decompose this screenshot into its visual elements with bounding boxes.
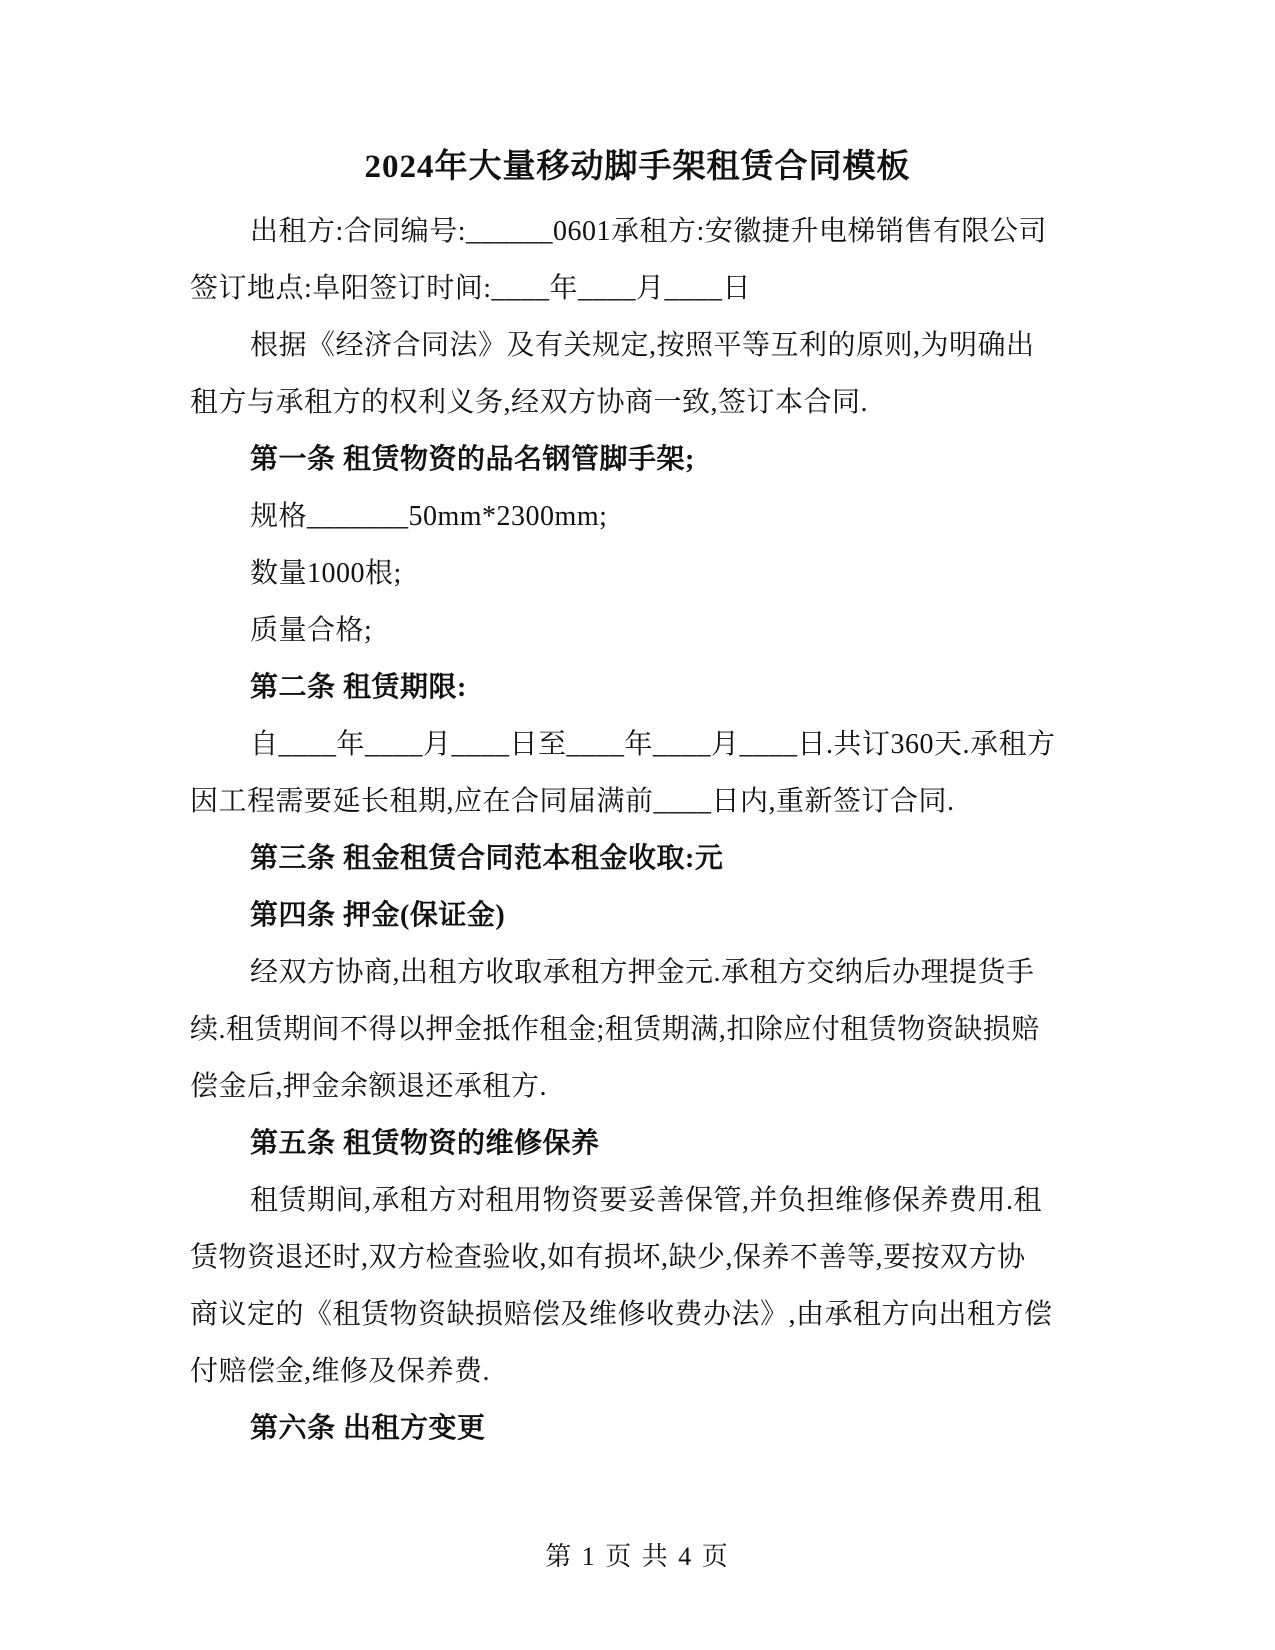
sign-place-date-line: 签订地点:阜阳签订时间:____年____月____日: [190, 260, 1095, 317]
maintenance-line-4: 付赔偿金,维修及保养费.: [190, 1343, 1095, 1400]
maintenance-line-3: 商议定的《租赁物资缺损赔偿及维修收费办法》,由承租方向出租方偿: [190, 1286, 1095, 1343]
deposit-line-1: 经双方协商,出租方收取承租方押金元.承租方交纳后办理提货手: [190, 944, 1095, 1001]
party-and-contract-no-line: 出租方:合同编号:______0601承租方:安徽捷升电梯销售有限公司: [190, 203, 1095, 260]
preamble-line-2: 租方与承租方的权利义务,经双方协商一致,签订本合同.: [190, 374, 1095, 431]
page-number-footer: 第 1 页 共 4 页: [0, 1540, 1275, 1574]
lease-term-line-2: 因工程需要延长租期,应在合同届满前____日内,重新签订合同.: [190, 773, 1095, 830]
clause-3-heading: 第三条 租金租赁合同范本租金收取:元: [190, 830, 1095, 887]
lease-term-line-1: 自____年____月____日至____年____月____日.共订360天.…: [190, 716, 1095, 773]
preamble-line-1: 根据《经济合同法》及有关规定,按照平等互利的原则,为明确出: [190, 317, 1095, 374]
maintenance-line-2: 赁物资退还时,双方检查验收,如有损坏,缺少,保养不善等,要按双方协: [190, 1229, 1095, 1286]
clause-6-heading: 第六条 出租方变更: [190, 1400, 1095, 1457]
spec-line: 规格_______50mm*2300mm;: [190, 488, 1095, 545]
document-body: 出租方:合同编号:______0601承租方:安徽捷升电梯销售有限公司 签订地点…: [190, 203, 1095, 1457]
clause-2-heading: 第二条 租赁期限:: [190, 659, 1095, 716]
maintenance-line-1: 租赁期间,承租方对租用物资要妥善保管,并负担维修保养费用.租: [190, 1172, 1095, 1229]
clause-5-heading: 第五条 租赁物资的维修保养: [190, 1115, 1095, 1172]
quantity-line: 数量1000根;: [190, 545, 1095, 602]
clause-4-heading: 第四条 押金(保证金): [190, 887, 1095, 944]
document-title: 2024年大量移动脚手架租赁合同模板: [0, 143, 1275, 191]
clause-1-heading: 第一条 租赁物资的品名钢管脚手架;: [190, 431, 1095, 488]
deposit-line-3: 偿金后,押金余额退还承租方.: [190, 1058, 1095, 1115]
quality-line: 质量合格;: [190, 602, 1095, 659]
contract-document-page: 2024年大量移动脚手架租赁合同模板 出租方:合同编号:______0601承租…: [0, 0, 1275, 1650]
deposit-line-2: 续.租赁期间不得以押金抵作租金;租赁期满,扣除应付租赁物资缺损赔: [190, 1001, 1095, 1058]
